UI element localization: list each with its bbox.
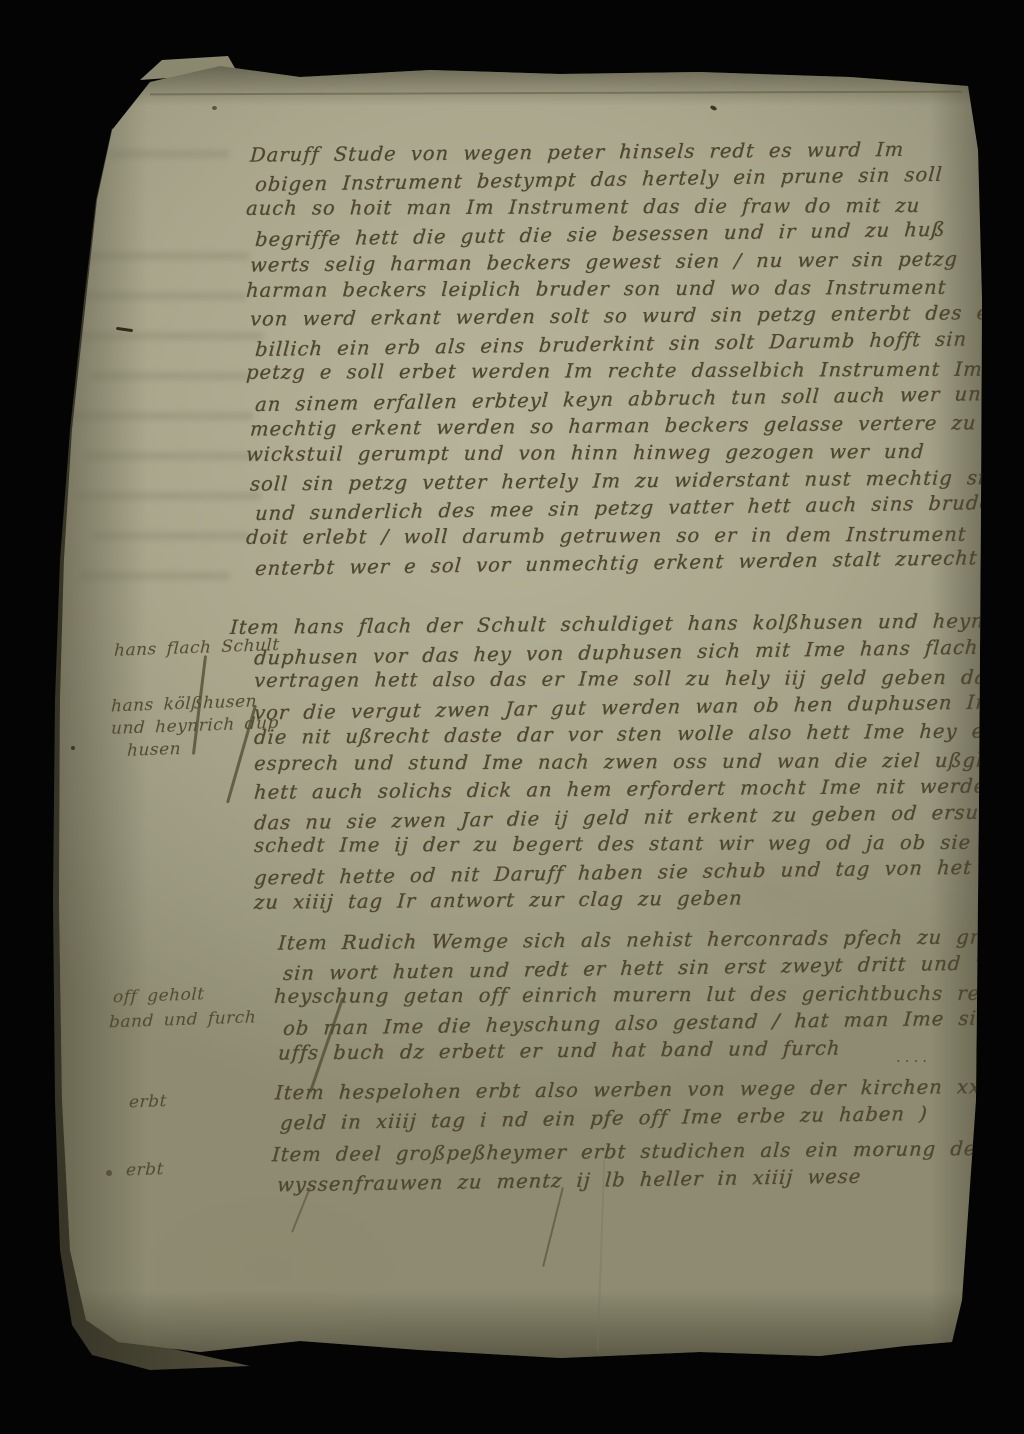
bullet-mark	[106, 1170, 112, 1176]
show-through-line	[90, 372, 250, 380]
entry-block-1: Daruff Stude von wegen peter hinsels red…	[250, 138, 1024, 577]
ink-speck	[71, 746, 75, 750]
margin-note-defendant-3: husen	[127, 739, 182, 761]
top-edge-shadow	[110, 66, 990, 106]
bottom-edge-shadow	[60, 1290, 980, 1362]
margin-note-offgeholt: off geholt	[113, 984, 205, 1007]
entry-block-4: Item hespelohen erbt also werben von weg…	[275, 1076, 1022, 1132]
dots-over-numeral: ····	[896, 1052, 931, 1070]
paper-stain	[120, 1180, 420, 1360]
ink-speck	[212, 106, 217, 110]
top-rim-line	[150, 91, 962, 96]
show-through-line	[86, 452, 254, 460]
show-through-line	[80, 572, 230, 580]
margin-note-erbt-2: erbt	[126, 1159, 165, 1180]
show-through-line	[82, 292, 247, 300]
entry-block-2: Item hans flach der Schult schuldiget ha…	[230, 610, 1024, 913]
margin-note-erbt-1: erbt	[129, 1091, 168, 1112]
show-through-line	[76, 492, 262, 500]
photo-background: Daruff Stude von wegen peter hinsels red…	[0, 0, 1024, 1434]
entry-block-5: Item deel großpeßheymer erbt studichen a…	[272, 1138, 990, 1194]
ink-flourish-stroke	[542, 1187, 564, 1267]
show-through-line	[110, 150, 230, 158]
show-through-line	[74, 332, 264, 340]
show-through-line	[70, 252, 250, 260]
show-through-line	[92, 532, 250, 540]
ink-speck	[709, 105, 717, 112]
entry-block-3: Item Rudich Wemge sich als nehist hercon…	[278, 926, 1024, 1064]
margin-note-band-furch: band und furch	[109, 1007, 257, 1032]
manuscript-page: Daruff Stude von wegen peter hinsels red…	[0, 0, 1024, 1434]
show-through-line	[72, 412, 254, 420]
